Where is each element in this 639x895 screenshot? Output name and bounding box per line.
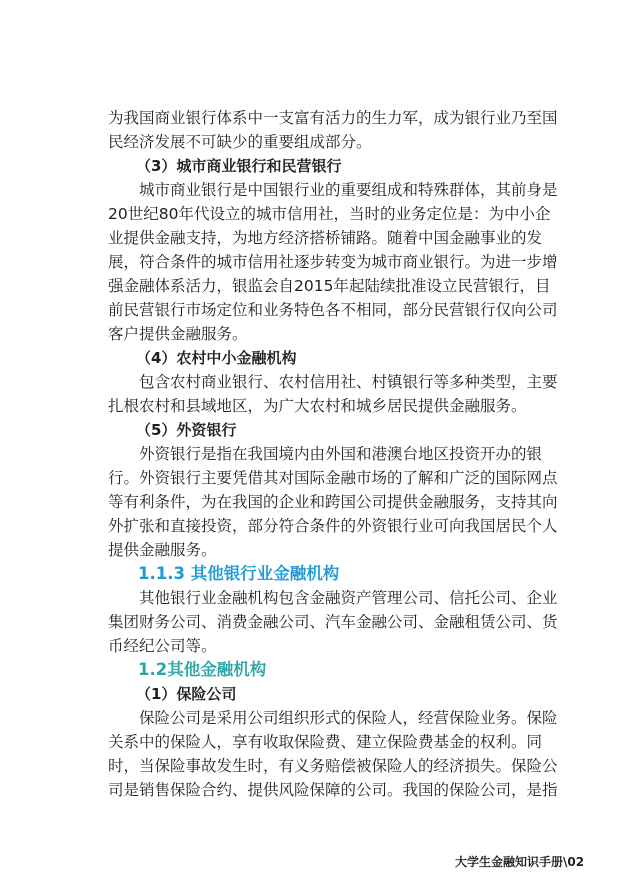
text-line: 前民营银行市场定位和业务特色各不相同，部分民营银行仅向公司 — [108, 298, 534, 322]
text-line: 外扩张和直接投资，部分符合条件的外资银行业可向我国居民个人 — [108, 514, 534, 538]
text-line: 城市商业银行是中国银行业的重要组成和特殊群体，其前身是 — [108, 178, 534, 202]
text-line: 民经济发展不可缺少的重要组成部分。 — [108, 130, 534, 154]
page-content: 为我国商业银行体系中一支富有活力的生力军，成为银行业乃至国 民经济发展不可缺少的… — [108, 106, 534, 802]
text-line: 强金融体系活力，银监会自2015年起陆续批准设立民营银行，目 — [108, 274, 534, 298]
text-line: 关系中的保险人，享有收取保险费、建立保险费基金的权利。同 — [108, 730, 534, 754]
subheading-rural-institutions: （4）农村中小金融机构 — [108, 346, 534, 370]
text-line: 币经纪公司等。 — [108, 634, 534, 658]
text-line: 包含农村商业银行、农村信用社、村镇银行等多种类型，主要 — [108, 370, 534, 394]
subheading-insurance-companies: （1）保险公司 — [108, 682, 534, 706]
text-line: 为我国商业银行体系中一支富有活力的生力军，成为银行业乃至国 — [108, 106, 534, 130]
paragraph-continued: 为我国商业银行体系中一支富有活力的生力军，成为银行业乃至国 民经济发展不可缺少的… — [108, 106, 534, 154]
text-line: 行。外资银行主要凭借其对国际金融市场的了解和广泛的国际网点 — [108, 466, 534, 490]
page-footer-running-title: 大学生金融知识手册\02 — [455, 853, 584, 870]
section-heading-1-1-3: 1.1.3 其他银行业金融机构 — [108, 562, 534, 586]
text-line: 业提供金融支持，为地方经济搭桥铺路。随着中国金融事业的发 — [108, 226, 534, 250]
text-line: 保险公司是采用公司组织形式的保险人，经营保险业务。保险 — [108, 706, 534, 730]
subheading-foreign-banks: （5）外资银行 — [108, 418, 534, 442]
text-line: 司是销售保险合约、提供风险保障的公司。我国的保险公司，是指 — [108, 778, 534, 802]
text-line: 集团财务公司、消费金融公司、汽车金融公司、金融租赁公司、货 — [108, 610, 534, 634]
paragraph-rural-institutions: 包含农村商业银行、农村信用社、村镇银行等多种类型，主要 扎根农村和县域地区，为广… — [108, 370, 534, 418]
document-page: 为我国商业银行体系中一支富有活力的生力军，成为银行业乃至国 民经济发展不可缺少的… — [0, 0, 639, 895]
paragraph-insurance-companies: 保险公司是采用公司组织形式的保险人，经营保险业务。保险 关系中的保险人，享有收取… — [108, 706, 534, 802]
paragraph-foreign-banks: 外资银行是指在我国境内由外国和港澳台地区投资开办的银 行。外资银行主要凭借其对国… — [108, 442, 534, 562]
section-heading-1-2: 1.2其他金融机构 — [108, 658, 534, 682]
text-line: 等有利条件，为在我国的企业和跨国公司提供金融服务，支持其向 — [108, 490, 534, 514]
subheading-city-commercial-banks: （3）城市商业银行和民营银行 — [108, 154, 534, 178]
paragraph-other-banking-institutions: 其他银行业金融机构包含金融资产管理公司、信托公司、企业 集团财务公司、消费金融公… — [108, 586, 534, 658]
text-line: 客户提供金融服务。 — [108, 322, 534, 346]
text-line: 20世纪80年代设立的城市信用社，当时的业务定位是：为中小企 — [108, 202, 534, 226]
text-line: 时，当保险事故发生时，有义务赔偿被保险人的经济损失。保险公 — [108, 754, 534, 778]
text-line: 扎根农村和县域地区，为广大农村和城乡居民提供金融服务。 — [108, 394, 534, 418]
text-line: 其他银行业金融机构包含金融资产管理公司、信托公司、企业 — [108, 586, 534, 610]
paragraph-city-commercial-banks: 城市商业银行是中国银行业的重要组成和特殊群体，其前身是 20世纪80年代设立的城… — [108, 178, 534, 346]
text-line: 外资银行是指在我国境内由外国和港澳台地区投资开办的银 — [108, 442, 534, 466]
text-line: 提供金融服务。 — [108, 538, 534, 562]
text-line: 展，符合条件的城市信用社逐步转变为城市商业银行。为进一步增 — [108, 250, 534, 274]
